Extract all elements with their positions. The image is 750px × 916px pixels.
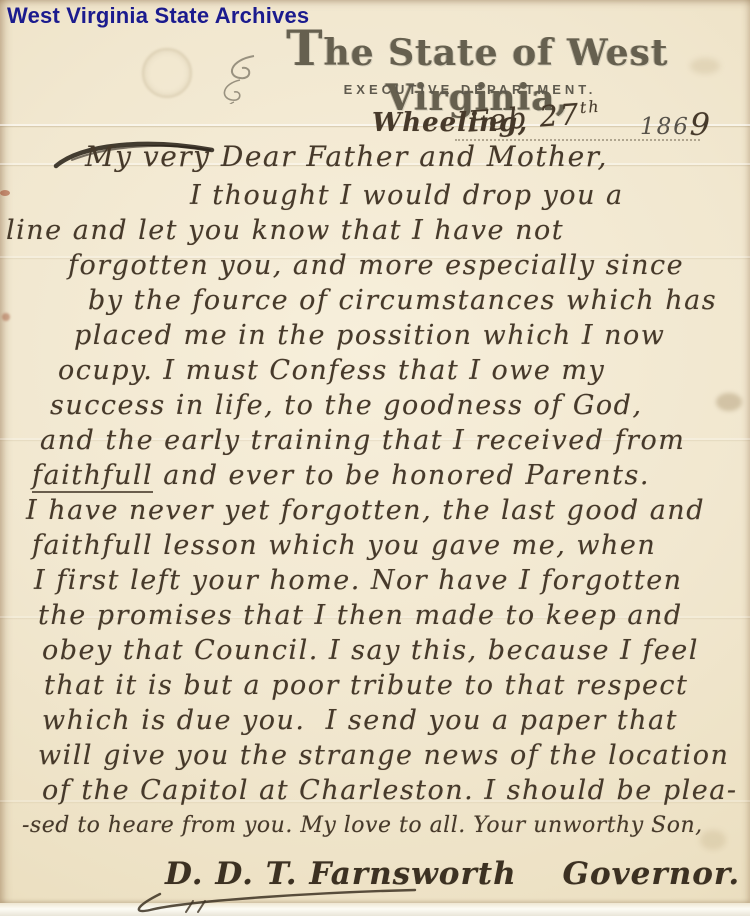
letter-line: and the early training that I received f… xyxy=(0,423,750,458)
letter-scan: West Virginia State Archives The State o… xyxy=(0,0,750,916)
letter-greeting: My very Dear Father and Mother, xyxy=(85,140,608,173)
signature-title: Governor. xyxy=(562,856,740,892)
letter-line: success in life, to the goodness of God, xyxy=(0,388,750,423)
letter-body: I thought I would drop you aline and let… xyxy=(0,178,750,843)
letter-line: by the fource of circumstances which has xyxy=(0,283,750,318)
letter-line: placed me in the possition which I now xyxy=(0,318,750,353)
underlined-word: faithfull xyxy=(32,460,153,493)
printed-year-prefix: 186 xyxy=(640,114,690,140)
handwritten-year-digit: 9 xyxy=(689,107,711,144)
letter-line: -sed to heare from you. My love to all. … xyxy=(0,808,750,843)
letterhead-department: EXECUTIVE DEPARTMENT. xyxy=(320,82,620,97)
letter-line: of the Capitol at Charleston. I should b… xyxy=(0,773,750,808)
letter-line: faithfull and ever to be honored Parents… xyxy=(0,458,750,493)
letter-line: line and let you know that I have not xyxy=(0,213,750,248)
signature-flourish-icon xyxy=(130,886,430,916)
flourish-icon xyxy=(214,52,264,104)
letter-line: obey that Council. I say this, because I… xyxy=(0,633,750,668)
letter-line: forgotten you, and more especially since xyxy=(0,248,750,283)
letter-line: will give you the strange news of the lo… xyxy=(0,738,750,773)
letter-line: that it is but a poor tribute to that re… xyxy=(0,668,750,703)
letter-line: which is due you. I send you a paper tha… xyxy=(0,703,750,738)
letter-line: I first left your home. Nor have I forgo… xyxy=(0,563,750,598)
letter-line: faithfull lesson which you gave me, when xyxy=(0,528,750,563)
letter-line: I have never yet forgotten, the last goo… xyxy=(0,493,750,528)
letter-line: the promises that I then made to keep an… xyxy=(0,598,750,633)
letter-line: ocupy. I must Confess that I owe my xyxy=(0,353,750,388)
embossed-seal xyxy=(142,48,192,98)
letter-line: I thought I would drop you a xyxy=(0,178,750,213)
